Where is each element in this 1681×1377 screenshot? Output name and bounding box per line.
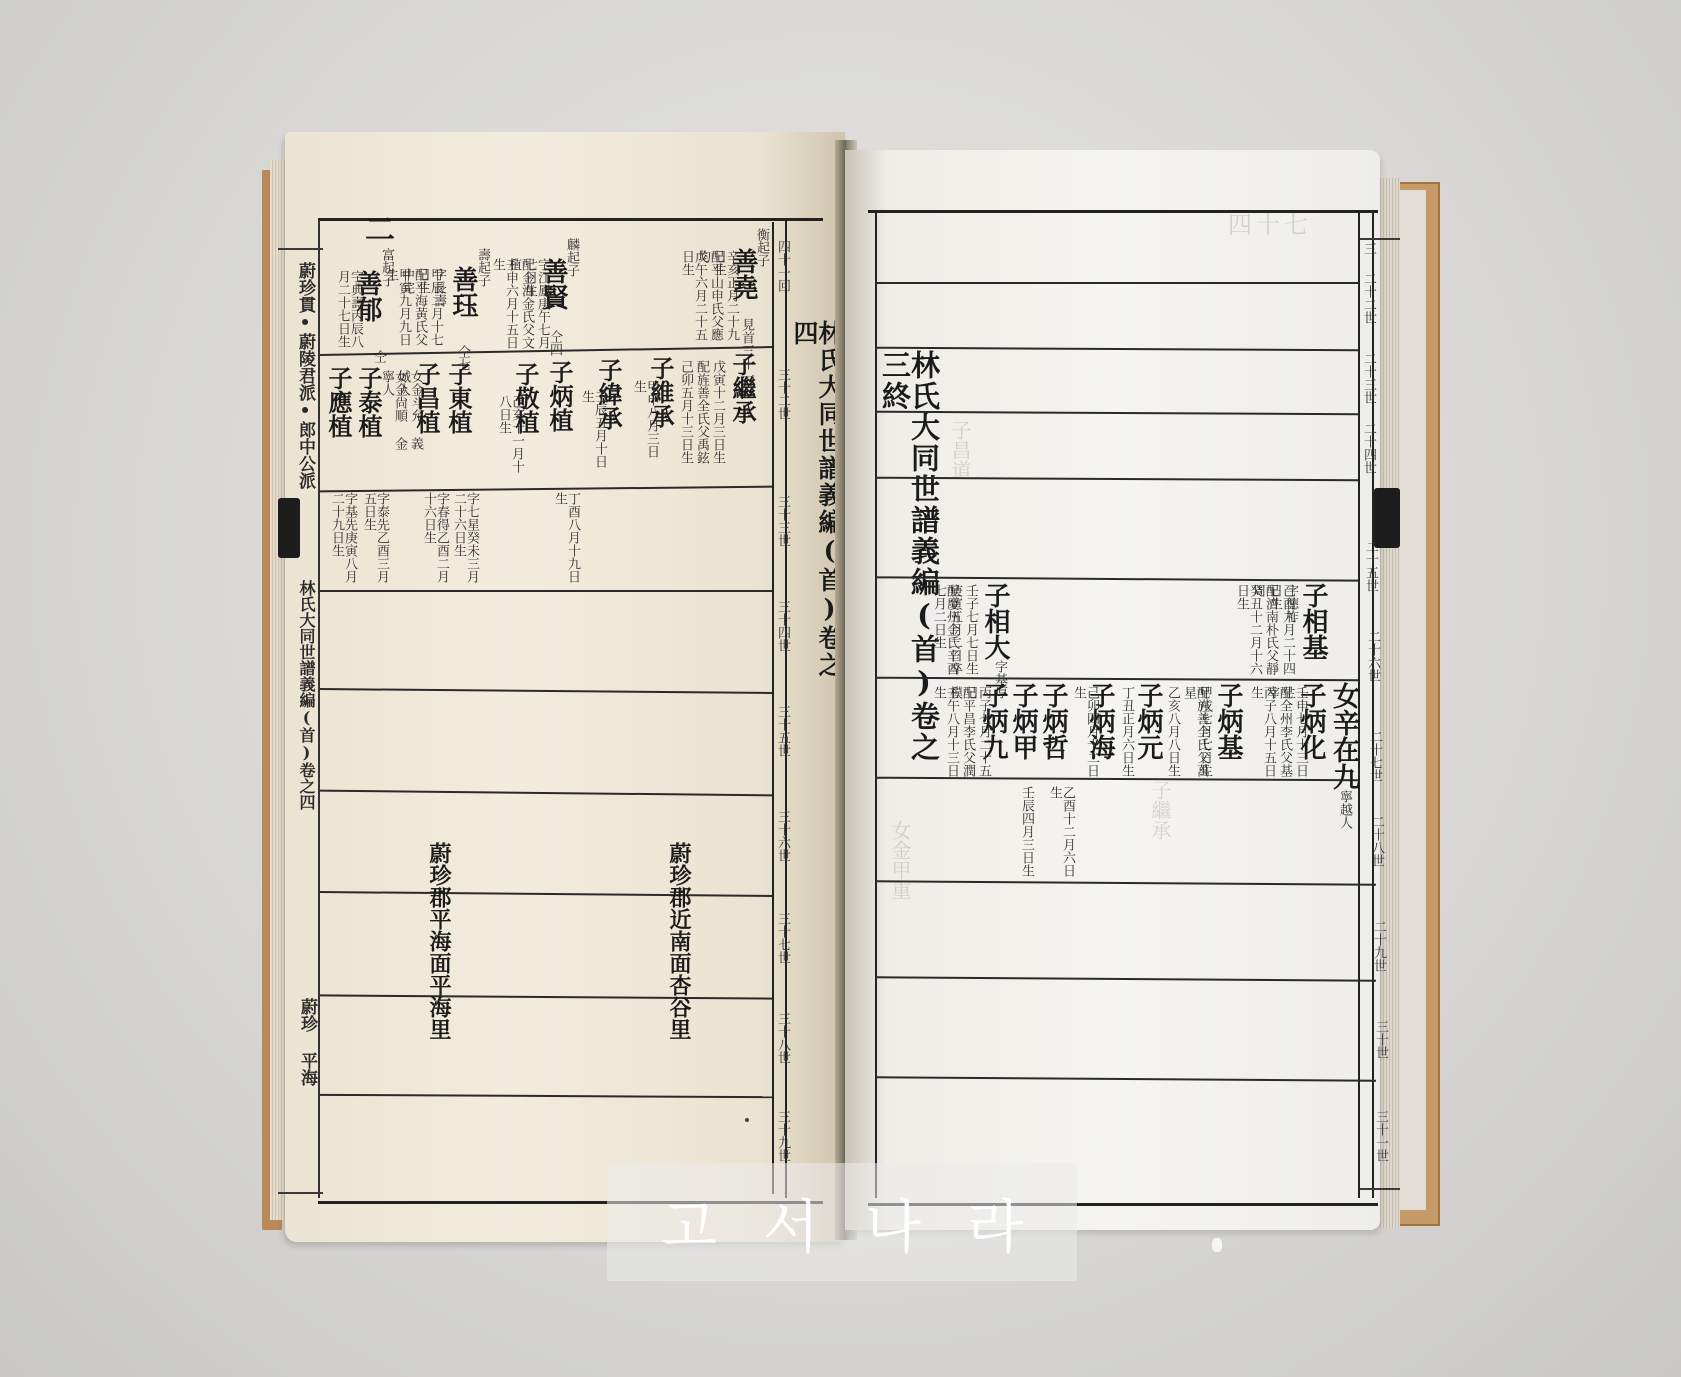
person-detail: 字春得乙酉二月十六日生 <box>422 492 448 587</box>
gen-header: 三 <box>1362 242 1375 255</box>
person-name: 子炳植 <box>547 360 571 490</box>
gen-header: 三十七世 <box>776 912 789 1012</box>
person-detail: 字泰先乙酉三月五日生 <box>362 492 388 587</box>
person-name: 女辛在九 <box>1330 682 1357 790</box>
person-detail: 字基先庚寅八月二十九日生 <box>330 492 356 587</box>
binding-thread <box>1360 238 1400 240</box>
person-name: 子東植 <box>446 362 470 492</box>
row-rule <box>876 282 1358 284</box>
gen-header: 二十六世 <box>1366 630 1379 682</box>
folio-number: 二 <box>365 205 395 249</box>
fish-tail-mark <box>278 498 300 558</box>
person-name: 子應植 <box>326 366 350 496</box>
person-name: 子繼承 <box>730 352 754 482</box>
person-detail: 甲申八月三日生 <box>632 380 658 470</box>
person-detail: 女金尙順 金寧人 <box>380 370 406 460</box>
gen-header: 三十五世 <box>776 705 789 805</box>
ink-speck <box>745 1118 749 1122</box>
person-detail: 己卯五月十三日生 <box>679 360 692 485</box>
person-detail: 壬辰五月十日生 <box>580 390 606 480</box>
person-detail: 壬子七月七日生 <box>964 584 977 679</box>
bleed-through-text: 子昌道 <box>950 420 970 570</box>
binding-thread <box>278 248 323 250</box>
gen-header: 三十二世 <box>776 368 789 468</box>
person-detail: 配旌善全氏父禹鉉 <box>695 360 708 485</box>
person-detail: 丁酉八月十九日生 <box>553 492 579 587</box>
gen-header: 二十五世 <box>1364 540 1377 592</box>
residence-label: 蔚珍郡近南面杏谷里 <box>668 842 690 1040</box>
page-edges-right <box>1378 178 1400 1228</box>
person-detail: 字典壽丙辰八月二十七日生 <box>336 270 362 360</box>
generation-column-rule <box>772 222 774 1194</box>
binding-thread <box>1360 1188 1400 1190</box>
person-detail: 丁丑正月六日生 <box>1120 686 1133 781</box>
person-name: 子炳哲 <box>1040 682 1066 760</box>
fish-tail-mark <box>1374 488 1400 548</box>
person-detail: 配旌善全氏父萬星 <box>1182 686 1208 781</box>
gen-header: 二十九世 <box>1372 920 1385 972</box>
gen-header: 二十四世 <box>1362 422 1375 474</box>
person-detail: 己亥十一月十八日生 <box>497 395 523 485</box>
paper-fragment <box>1212 1238 1222 1252</box>
running-title-left-margin: 林氏大同世譜義編(首)卷之四 <box>298 580 314 940</box>
person-detail: 己卯四月十二日生 <box>1072 686 1098 781</box>
branch-label: 蔚珍貫•蔚陵君派•郎中公派 <box>296 262 313 492</box>
person-note: 仝 <box>372 350 385 363</box>
person-name: 子相大 <box>982 582 1008 660</box>
residence-label: 蔚珍郡平海面平海里 <box>428 842 450 1040</box>
gen-header: 四十一回 <box>776 240 789 330</box>
gen-header: 三十一世 <box>1374 1110 1387 1162</box>
gen-header: 二十三世 <box>1362 352 1375 404</box>
person-detail: 壬申六月十五日生 <box>491 258 517 353</box>
person-detail: 丙子八月十五日生 <box>1249 686 1275 781</box>
person-name: 善珏 <box>450 266 476 318</box>
gen-header: 三十三世 <box>776 495 789 595</box>
bleed-through-folio: 四十七 <box>1228 205 1312 240</box>
binding-thread <box>278 1192 323 1194</box>
gen-header: 二十七世 <box>1368 730 1381 782</box>
row-rule <box>320 590 772 592</box>
left-frame-rule-outer <box>318 220 320 1198</box>
person-name: 子炳元 <box>1135 682 1161 760</box>
person-name: 子相基 <box>1300 582 1326 660</box>
person-detail: 寧越人 <box>1338 790 1351 829</box>
bleed-through-text: 子繼承 <box>1150 780 1170 900</box>
person-name: 子炳甲 <box>1010 682 1036 760</box>
person-detail: 字七星癸未三月二十六日生 <box>452 492 478 587</box>
person-detail: 戊寅十二月三日生 <box>711 360 724 485</box>
watermark: 고서나라 <box>607 1163 1077 1281</box>
person-detail: 配慶州金氏辛酉七月二日生 <box>932 584 958 679</box>
gen-header: 二十二世 <box>1362 272 1375 324</box>
person-name: 子泰植 <box>356 366 380 496</box>
running-title-right: 林氏大同世譜義編(首)卷之三終 <box>880 350 938 790</box>
gen-header: 三十世 <box>1374 1020 1387 1059</box>
gen-header: 三十八世 <box>776 1012 789 1112</box>
person-detail: 壬辰四月三日生 <box>1020 786 1033 886</box>
gen-header: 三十四世 <box>776 600 789 700</box>
gen-header: 三十六世 <box>776 810 789 910</box>
right-frame-rule-inner <box>875 212 877 1198</box>
bottom-side-label: 蔚珍 平海 <box>298 998 315 1108</box>
person-detail: 乙酉十二月六日生 <box>1048 786 1074 886</box>
gen-header: 二十八世 <box>1370 815 1383 867</box>
person-detail: 壬午八月十三日生 <box>932 686 958 781</box>
person-name: 子炳基 <box>1215 682 1241 760</box>
bleed-through-text: 女金甲重 <box>890 820 910 920</box>
person-detail: 乙亥八月八日生 <box>1166 686 1179 781</box>
person-detail: 戊午六月二十五日生 <box>680 250 706 350</box>
person-detail: 癸丑十二月十六日生 <box>1235 584 1261 679</box>
